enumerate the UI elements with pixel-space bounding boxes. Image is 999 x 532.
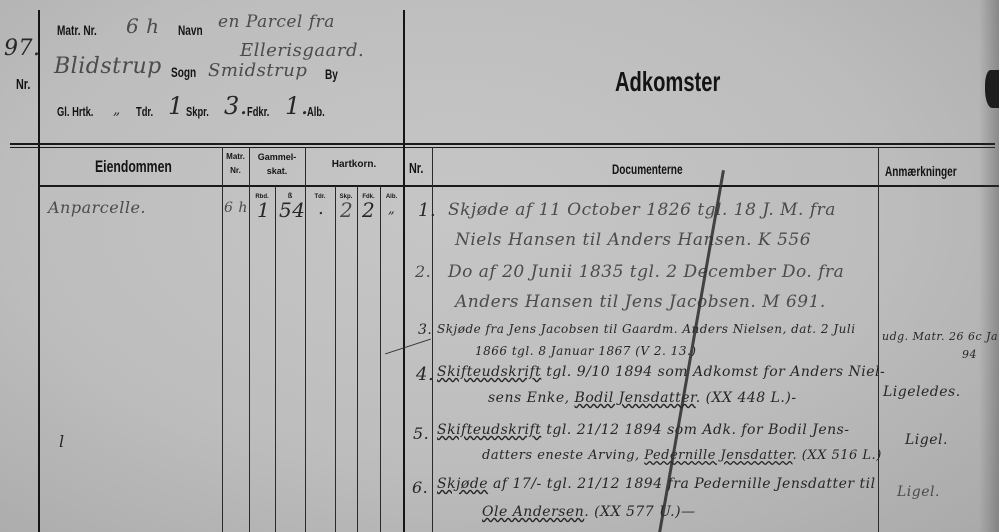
col-line-gammelskat xyxy=(249,147,250,532)
entry-nr: 1. xyxy=(418,200,436,221)
entry-line2: Niels Hansen til Anders Hansen. K 556 xyxy=(455,230,811,250)
entry-name-underlined: Bodil Jensdatter xyxy=(575,390,696,406)
gl-hrtk-value: „ xyxy=(113,102,121,118)
col-header-anmaerkninger: Anmærkninger xyxy=(885,163,957,179)
entry-line2: Anders Hansen til Jens Jacobsen. M 691. xyxy=(455,292,826,312)
tdr-value: 1 xyxy=(168,92,184,120)
section-title: Adkomster xyxy=(615,66,720,98)
col-header-gammelskat: Gammel- skat. xyxy=(249,150,305,178)
alb-label: Alb. xyxy=(307,104,325,119)
entry-title-underlined: Skifteudskrift xyxy=(437,422,541,438)
stray-mark: l xyxy=(59,432,65,451)
col-line-skp xyxy=(335,186,336,532)
col-header-gammelskat-line1: Gammel- xyxy=(249,150,305,164)
sogn-label: Sogn xyxy=(171,64,196,80)
entry-nr: 6. xyxy=(412,478,428,497)
skpr-label: Skpr. xyxy=(186,104,209,119)
col-header-hartkorn: Hartkorn. xyxy=(305,158,403,172)
left-border-line xyxy=(38,10,40,532)
top-rule-second xyxy=(10,147,995,148)
col-header-documenterne: Documenterne xyxy=(612,161,683,177)
entry-line2-pre: sens Enke, xyxy=(488,390,575,406)
entry-nr: 2. xyxy=(415,262,431,281)
pointer-stroke xyxy=(385,339,431,355)
entry-line1: Skjøde fra Jens Jacobsen til Gaardm. And… xyxy=(437,322,856,336)
by-label: By xyxy=(325,66,338,82)
cell-eiendommen: Anparcelle. xyxy=(48,198,146,217)
remark: Ligel. xyxy=(905,432,948,448)
col-header-matr-nr: Matr. Nr. xyxy=(222,150,249,178)
cell-fdk: 2 xyxy=(362,198,375,222)
matr-nr-value: 6 h xyxy=(126,14,159,38)
ledger-page: 97. Nr. Matr. Nr. 6 h Navn en Parcel fra… xyxy=(0,0,999,532)
col-line-beta xyxy=(275,186,276,532)
header-bottom-rule xyxy=(38,185,999,187)
entry-line1: Skjøde af 17/- tgl. 21/12 1894 fra Peder… xyxy=(437,476,876,492)
nr-label: Nr. xyxy=(16,76,30,93)
center-divider-line xyxy=(403,10,405,532)
cell-matr-nr: 6 h xyxy=(224,200,248,216)
col-line-fdk xyxy=(357,186,358,532)
entry-line1-text: tgl. 9/10 1894 som Adkomst for Anders Ni… xyxy=(541,364,885,380)
matr-nr-label: Matr. Nr. xyxy=(57,22,97,38)
entry-nr: 3. xyxy=(418,322,432,338)
entry-line2-text: . (XX 448 L.)- xyxy=(696,390,797,406)
entry-line1-text: tgl. 21/12 1894 som Adk. for Bodil Jens- xyxy=(541,422,849,438)
entry-line2: 1866 tgl. 8 Januar 1867 (V 2. 13.) xyxy=(475,344,696,358)
entry-line1-text: af 17/- tgl. 21/12 1894 fra Pedernille J… xyxy=(488,476,876,492)
entry-line2: sens Enke, Bodil Jensdatter. (XX 448 L.)… xyxy=(488,390,797,406)
navn-value-line2: Ellerisgaard. xyxy=(240,40,364,61)
col-line-alb xyxy=(380,186,381,532)
sogn-value: Blidstrup xyxy=(54,54,162,79)
col-line-matr xyxy=(222,147,223,532)
entry-line2-text: . (XX 577 U.)— xyxy=(584,504,695,520)
entry-line2-pre: datters eneste Arving, xyxy=(482,448,644,463)
cell-beta: 54 xyxy=(279,198,305,222)
entry-line2-text: . (XX 516 L.) xyxy=(793,448,882,463)
cell-alb: „ xyxy=(388,202,395,217)
skpr-value: 3. xyxy=(224,92,248,120)
remark-line2: 94 xyxy=(962,348,977,361)
cell-tdr: . xyxy=(318,198,324,219)
entry-number: 97. xyxy=(4,36,41,61)
col-line-anmaerkninger xyxy=(878,147,879,532)
entry-line1: Do af 20 Junii 1835 tgl. 2 December Do. … xyxy=(448,262,844,282)
entry-nr: 4. xyxy=(416,364,434,385)
entry-line1: Skifteudskrift tgl. 9/10 1894 som Adkoms… xyxy=(437,364,885,380)
top-rule xyxy=(10,143,995,145)
fdkr-label: Fdkr. xyxy=(247,104,269,119)
cell-rbd: 1 xyxy=(257,198,270,222)
fdkr-value: 1. xyxy=(285,92,309,120)
col-header-nr: Nr. xyxy=(409,160,423,177)
cell-skp: 2 xyxy=(340,198,353,222)
tdr-label: Tdr. xyxy=(136,104,153,119)
entry-title-underlined: Skjøde xyxy=(437,476,488,492)
remark: Ligel. xyxy=(897,484,940,500)
col-header-matr-nr-line1: Matr. xyxy=(222,150,249,164)
entry-name-underlined: Ole Andersen xyxy=(482,504,584,520)
col-header-gammelskat-line2: skat. xyxy=(249,164,305,178)
col-header-eiendommen: Eiendommen xyxy=(95,157,172,177)
entry-title-underlined: Skifteudskrift xyxy=(437,364,541,380)
entry-line1: Skifteudskrift tgl. 21/12 1894 som Adk. … xyxy=(437,422,850,438)
ink-stain xyxy=(985,70,999,108)
navn-label: Navn xyxy=(178,22,203,38)
entry-nr: 5. xyxy=(413,424,429,443)
entry-line2: datters eneste Arving, Pedernille Jensda… xyxy=(482,448,882,463)
remark: Ligeledes. xyxy=(883,384,961,400)
gl-hrtk-label: Gl. Hrtk. xyxy=(57,104,93,119)
col-header-matr-nr-line2: Nr. xyxy=(222,164,249,178)
navn-value-line1: en Parcel fra xyxy=(218,12,335,32)
entry-name-underlined: Pedernille Jensdatter xyxy=(644,448,792,463)
entry-line1: Skjøde af 11 October 1826 tgl. 18 J. M. … xyxy=(448,200,836,220)
by-value: Smidstrup xyxy=(208,60,307,81)
